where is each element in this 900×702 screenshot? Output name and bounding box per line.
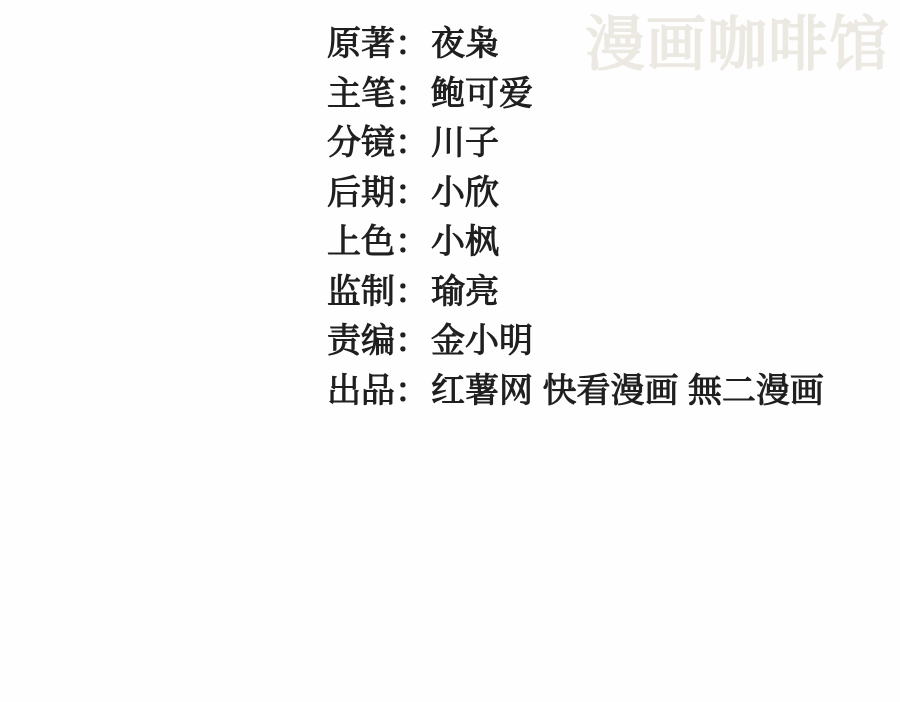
credit-row-supervisor: 监制： 瑜亮 (327, 264, 824, 314)
credit-row-post-production: 后期： 小欣 (327, 165, 824, 215)
credit-label: 后期： (327, 165, 429, 214)
credit-label: 出品： (327, 363, 429, 412)
credit-row-production: 出品： 红薯网 快看漫画 無二漫画 (327, 363, 824, 413)
credit-value: 川子 (431, 115, 499, 164)
credit-row-editor: 责编： 金小明 (327, 313, 824, 363)
credit-label: 原著： (327, 16, 429, 65)
credit-label: 主笔： (327, 66, 429, 115)
credit-label: 责编： (327, 313, 429, 362)
credit-row-coloring: 上色： 小枫 (327, 214, 824, 264)
credit-value: 金小明 (431, 313, 533, 362)
credit-value: 鲍可爱 (431, 66, 533, 115)
credit-value: 小枫 (431, 214, 499, 263)
comic-credits-page: 漫画咖啡馆 原著： 夜枭 主笔： 鲍可爱 分镜： 川子 后期： 小欣 上色： 小… (0, 0, 900, 702)
credit-value: 瑜亮 (431, 264, 499, 313)
credit-row-lead-artist: 主笔： 鲍可爱 (327, 66, 824, 116)
credit-value: 红薯网 快看漫画 無二漫画 (431, 363, 824, 412)
credit-label: 分镜： (327, 115, 429, 164)
credit-label: 上色： (327, 214, 429, 263)
credits-block: 原著： 夜枭 主笔： 鲍可爱 分镜： 川子 后期： 小欣 上色： 小枫 监制： … (327, 16, 824, 412)
credit-value: 夜枭 (431, 16, 499, 65)
credit-value: 小欣 (431, 165, 499, 214)
credit-row-storyboard: 分镜： 川子 (327, 115, 824, 165)
credit-row-original-author: 原著： 夜枭 (327, 16, 824, 66)
credit-label: 监制： (327, 264, 429, 313)
